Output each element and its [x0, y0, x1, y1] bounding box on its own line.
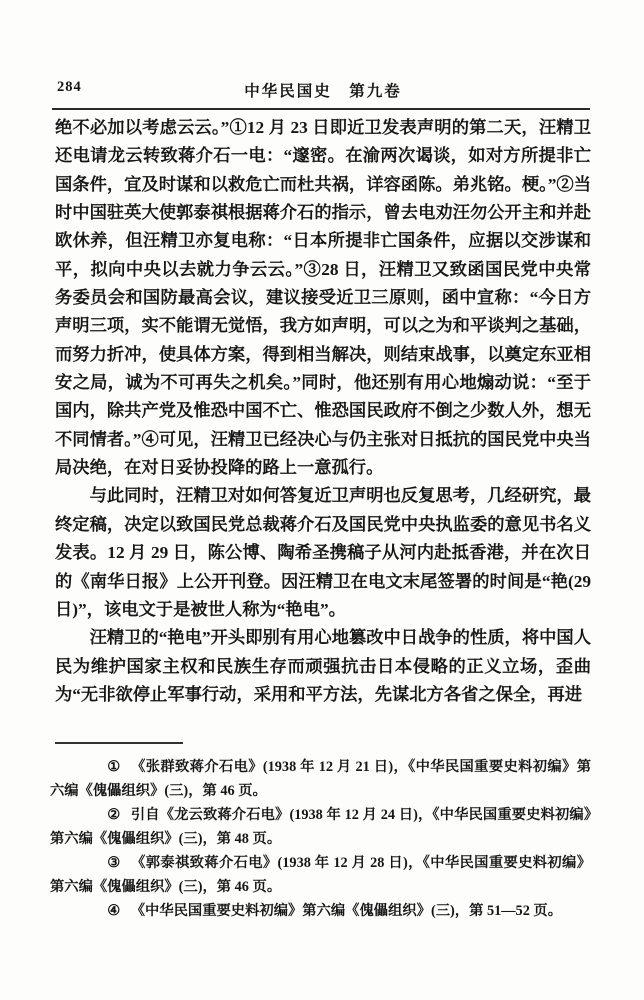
footnote-marker: ① [79, 755, 120, 779]
footnotes-section: ①《张群致蒋介石电》(1938 年 12 月 21 日)，《中华民国重要史料初编… [50, 755, 591, 923]
paragraph: 与此同时，汪精卫对如何答复近卫声明也反复思考，几经研究，最终定稿，决定以致国民党… [55, 482, 591, 624]
body-text: 绝不必加以考虑云云。”①12 月 23 日即近卫发表声明的第二天，汪精卫还电请龙… [55, 114, 591, 709]
footnote-item: ④《中华民国重要史料初编》第六编《傀儡组织》(三)，第 51—52 页。 [50, 899, 591, 923]
running-title: 中华民国史 第九卷 [55, 79, 591, 101]
paragraph-continuation: 绝不必加以考虑云云。”①12 月 23 日即近卫发表声明的第二天，汪精卫还电请龙… [55, 114, 591, 482]
footnote-marker: ③ [79, 851, 120, 875]
footnote-item: ①《张群致蒋介石电》(1938 年 12 月 21 日)，《中华民国重要史料初编… [50, 755, 591, 803]
footnote-item: ②引自《龙云致蒋介石电》(1938 年 12 月 24 日)，《中华民国重要史料… [50, 803, 591, 851]
footnote-marker: ④ [79, 899, 120, 923]
footnote-text: 《张群致蒋介石电》(1938 年 12 月 21 日)，《中华民国重要史料初编》… [50, 759, 591, 799]
header-rule [52, 108, 590, 110]
footnote-item: ③《郭泰祺致蒋介石电》(1938 年 12 月 28 日)，《中华民国重要史料初… [50, 851, 591, 899]
footnote-text: 《中华民国重要史料初编》第六编《傀儡组织》(三)，第 51—52 页。 [131, 903, 562, 919]
book-page: 284 中华民国史 第九卷 绝不必加以考虑云云。”①12 月 23 日即近卫发表… [0, 0, 644, 1000]
footnote-text: 《郭泰祺致蒋介石电》(1938 年 12 月 28 日)，《中华民国重要史料初编… [50, 855, 591, 895]
paragraph: 汪精卫的“艳电”开头即别有用心地篡改中日战争的性质，将中国人民为维护国家主权和民… [55, 624, 591, 709]
footnote-separator [55, 742, 183, 744]
footnote-marker: ② [79, 803, 120, 827]
footnote-text: 引自《龙云致蒋介石电》(1938 年 12 月 24 日)，《中华民国重要史料初… [50, 807, 591, 847]
page-header: 284 中华民国史 第九卷 [55, 79, 591, 99]
